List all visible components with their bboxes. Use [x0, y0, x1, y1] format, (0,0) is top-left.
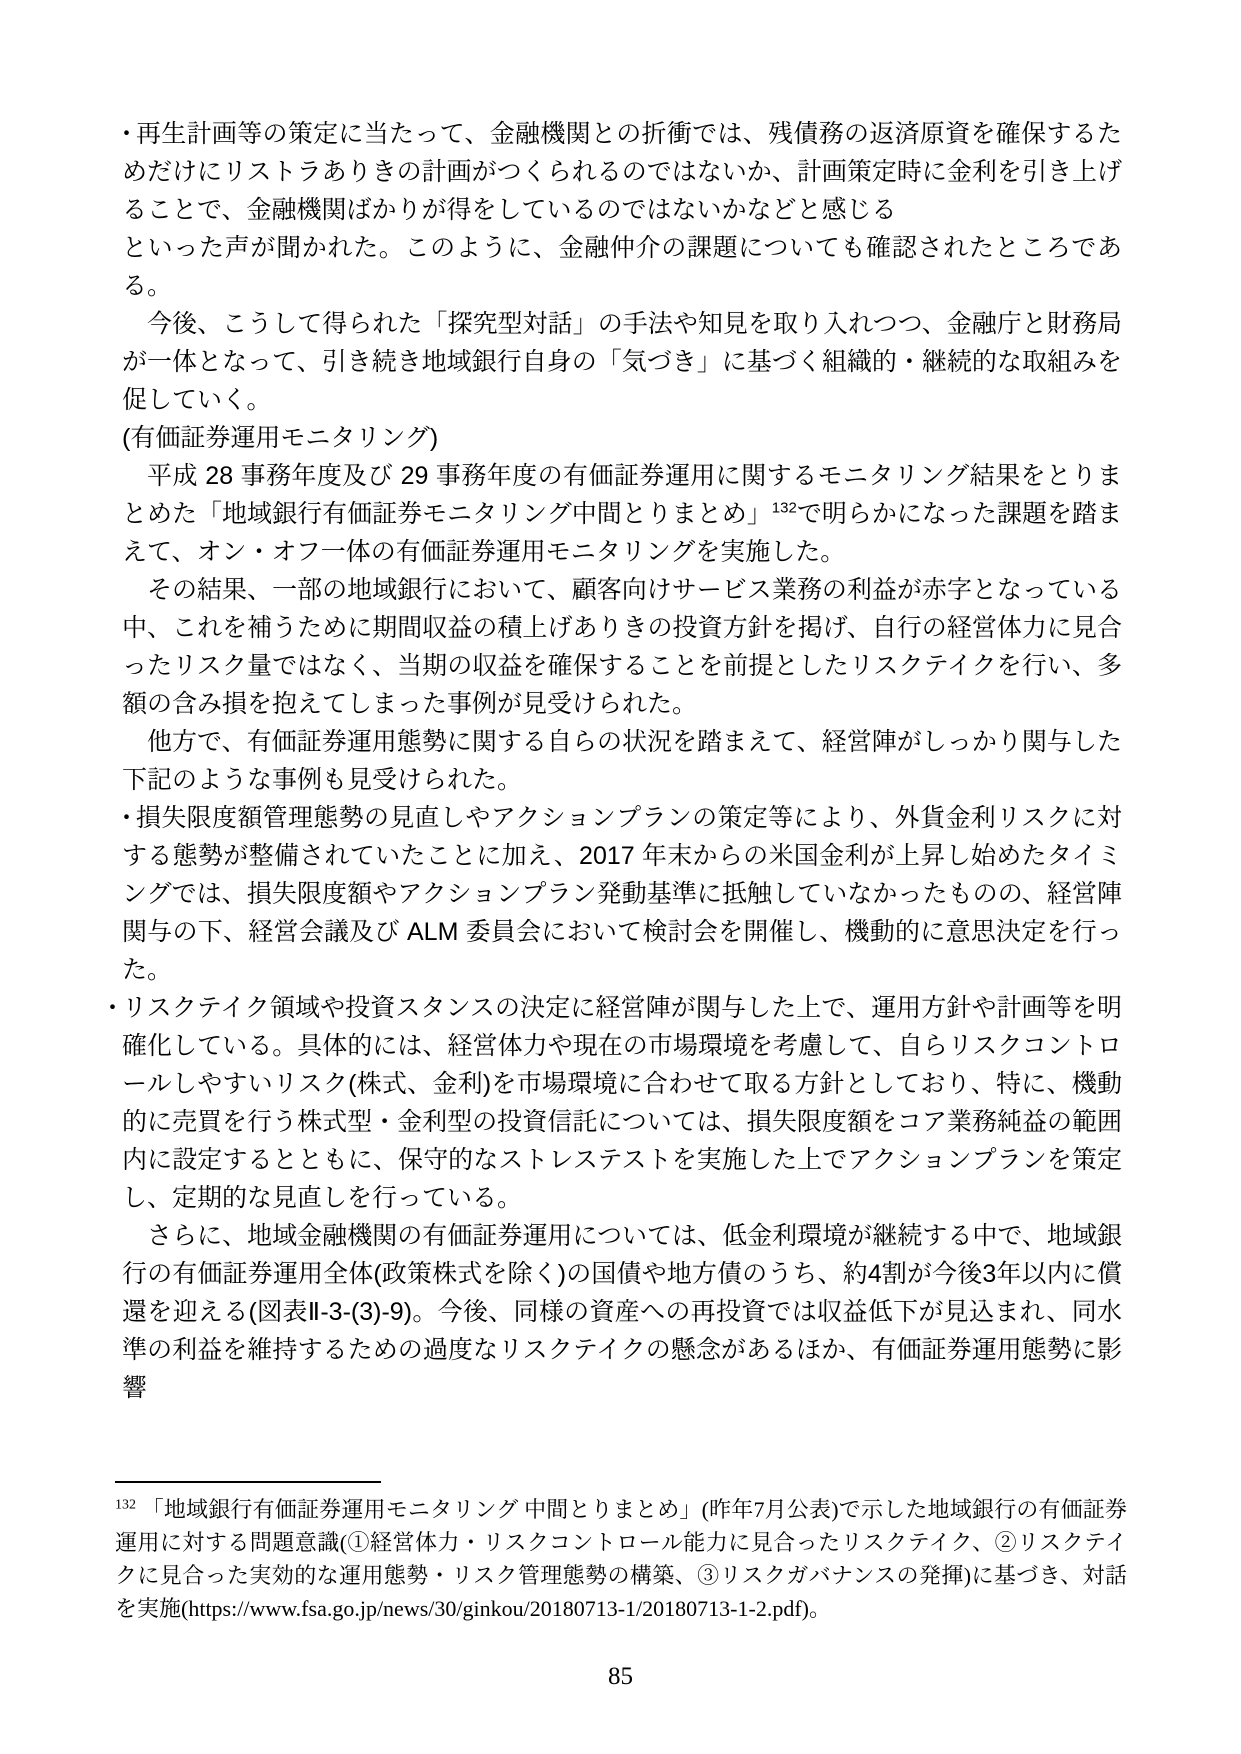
- bullet-icon: ・: [100, 989, 125, 1027]
- document-page: ・ 再生計画等の策定に当たって、金融機関との折衝では、残債務の返済原資を確保する…: [0, 0, 1241, 1754]
- paragraph-further-concerns: さらに、地域金融機関の有価証券運用については、低金利環境が継続する中で、地域銀行…: [122, 1217, 1122, 1407]
- page-number: 85: [0, 1662, 1241, 1692]
- bullet-item-restructuring-concern: ・ 再生計画等の策定に当たって、金融機関との折衝では、残債務の返済原資を確保する…: [122, 115, 1122, 229]
- paragraph-future-dialogue: 今後、こうして得られた「探究型対話」の手法や知見を取り入れつつ、金融庁と財務局が…: [122, 305, 1122, 419]
- paragraph-monitoring-result: その結果、一部の地域銀行において、顧客向けサービス業務の利益が赤字となっている中…: [122, 571, 1122, 723]
- paragraph-voices-heard: といった声が聞かれた。このように、金融仲介の課題についても確認されたところである…: [122, 229, 1122, 305]
- paragraph-monitoring-summary: 平成 28 事務年度及び 29 事務年度の有価証券運用に関するモニタリング結果を…: [122, 457, 1122, 571]
- section-heading-securities-monitoring: (有価証券運用モニタリング): [122, 419, 1122, 457]
- bullet-text-loss-limit-management: 損失限度額管理態勢の見直しやアクションプランの策定等により、外貨金利リスクに対す…: [122, 804, 1122, 984]
- bullet-icon: ・: [100, 115, 139, 153]
- bullet-icon: ・: [100, 799, 139, 837]
- bullet-text-risk-take-policy: リスクテイク領域や投資スタンスの決定に経営陣が関与した上で、運用方針や計画等を明…: [122, 994, 1122, 1212]
- bullet-text-restructuring-concern: 再生計画等の策定に当たって、金融機関との折衝では、残債務の返済原資を確保するため…: [122, 120, 1122, 224]
- footnote-area: 132 「地域銀行有価証券運用モニタリング 中間とりまとめ」(昨年7月公表)で示…: [115, 1481, 1127, 1625]
- footnote-reference-132: 132: [772, 500, 797, 517]
- footnote-marker-132: 132: [115, 1498, 136, 1513]
- bullet-item-risk-take-policy: ・ リスクテイク領域や投資スタンスの決定に経営陣が関与した上で、運用方針や計画等…: [122, 989, 1122, 1217]
- footnote-132: 132 「地域銀行有価証券運用モニタリング 中間とりまとめ」(昨年7月公表)で示…: [115, 1493, 1127, 1625]
- page-body: ・ 再生計画等の策定に当たって、金融機関との折衝では、残債務の返済原資を確保する…: [122, 115, 1122, 1407]
- bullet-item-loss-limit-management: ・ 損失限度額管理態勢の見直しやアクションプランの策定等により、外貨金利リスクに…: [122, 799, 1122, 989]
- footnote-separator-rule: [115, 1481, 381, 1483]
- paragraph-positive-cases-intro: 他方で、有価証券運用態勢に関する自らの状況を踏まえて、経営陣がしっかり関与した下…: [122, 723, 1122, 799]
- footnote-body-text: 「地域銀行有価証券運用モニタリング 中間とりまとめ」(昨年7月公表)で示した地域…: [115, 1497, 1127, 1621]
